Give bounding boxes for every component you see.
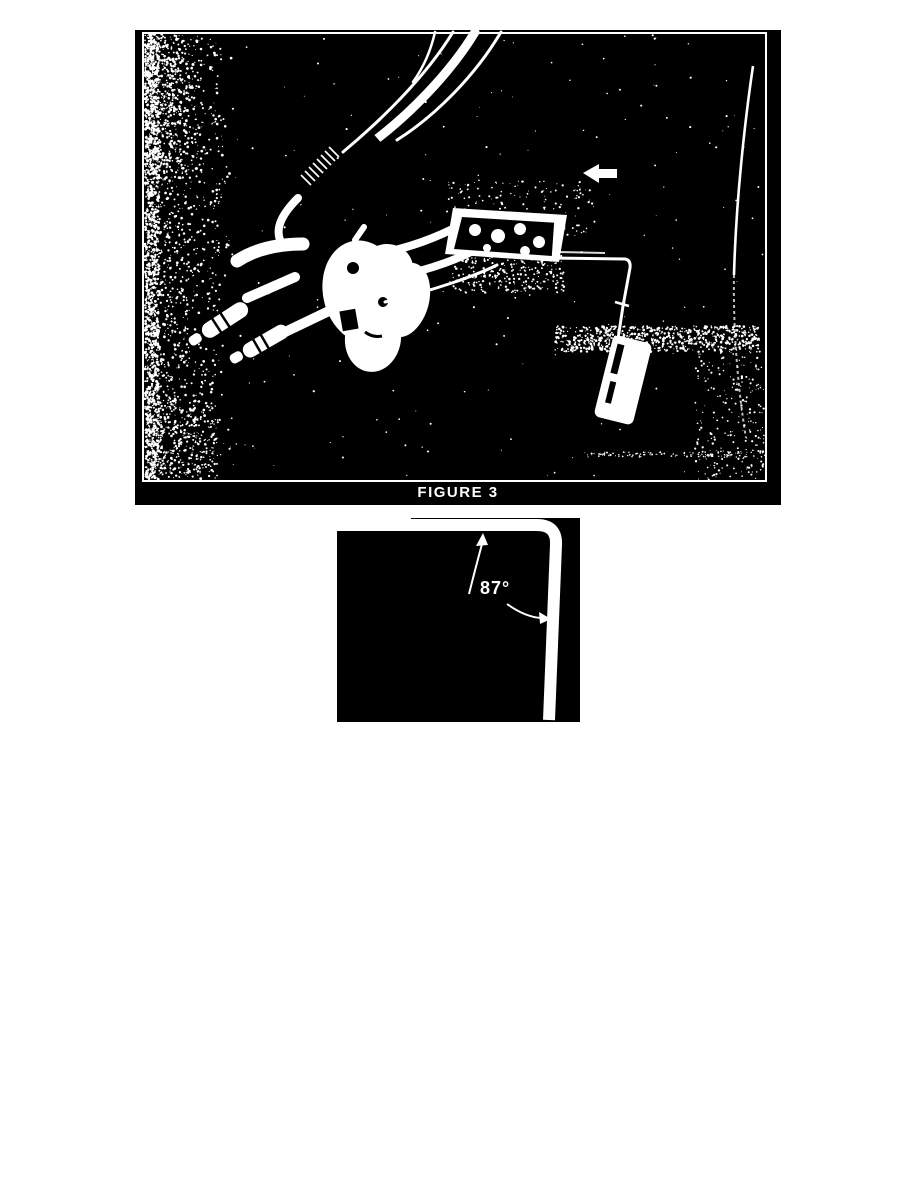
mounting-flange xyxy=(445,208,567,262)
figure-3-photo: FIGURE 3 xyxy=(135,30,781,505)
photo-black-background xyxy=(135,30,781,505)
manual-page: { "page": { "background_color": "#ffffff… xyxy=(0,0,918,1188)
angle-label: 87° xyxy=(480,578,510,599)
fuel-sender-photo xyxy=(135,30,781,505)
tube-bend-drawing xyxy=(337,518,580,722)
figure-caption: FIGURE 3 xyxy=(135,484,781,501)
tube-angle-diagram: 87° xyxy=(337,518,580,722)
